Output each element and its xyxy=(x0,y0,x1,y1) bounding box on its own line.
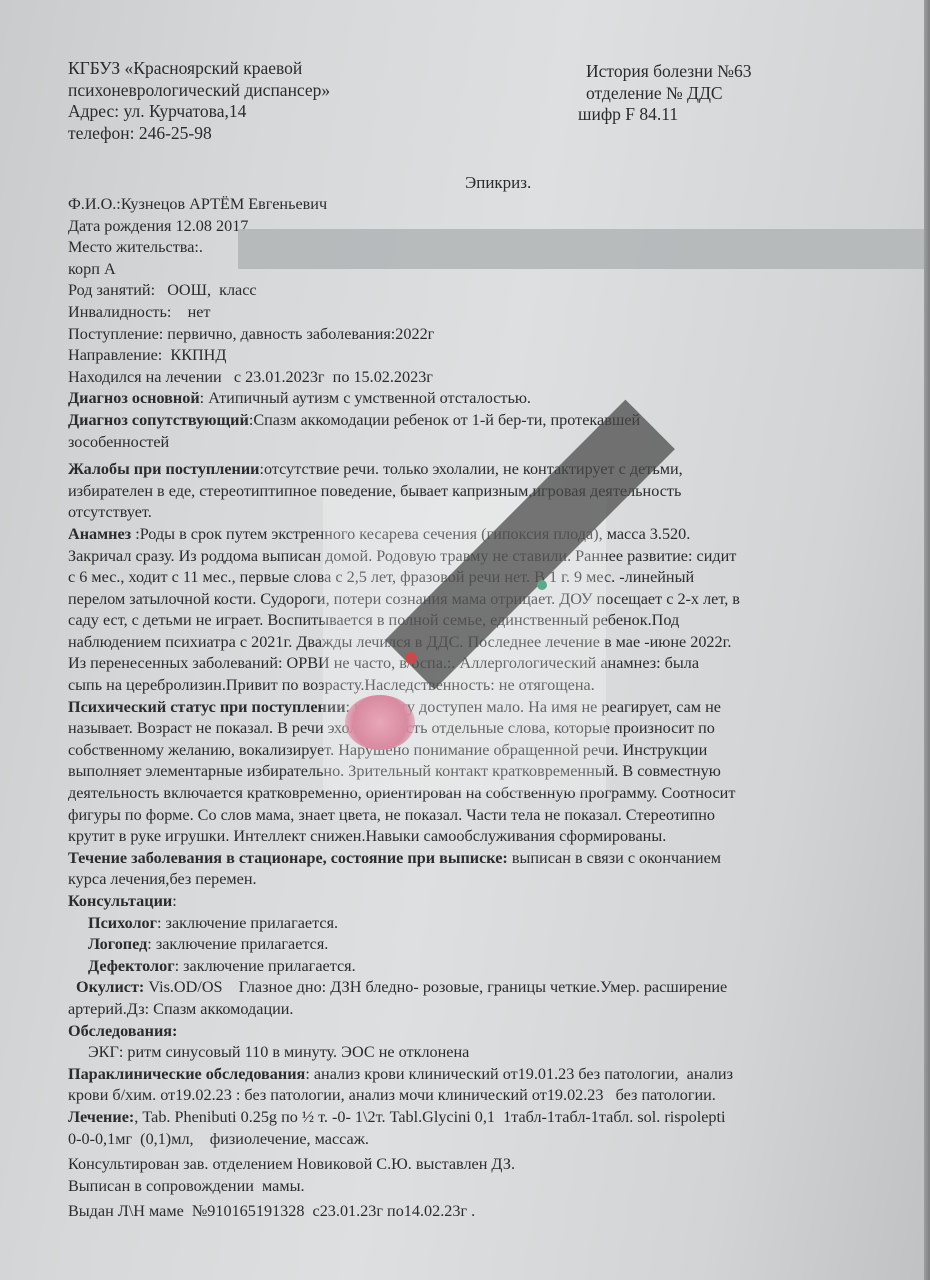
occupation: Род занятий: ООШ, класс xyxy=(68,280,868,302)
treatment-label: Лечение: xyxy=(68,1108,134,1126)
concomitant-diagnosis: Диагноз сопутствующий:Спазм аккомодации … xyxy=(68,410,868,432)
main-diagnosis-text: : Атипичный аутизм с умственной отсталос… xyxy=(200,389,531,407)
case-history-number: История болезни №63 xyxy=(586,61,751,83)
anamnesis-label: Анамнез xyxy=(68,525,131,543)
consultation-role: Дефектолог xyxy=(88,957,175,975)
institution-header: КГБУЗ «Красноярский краевой психоневроло… xyxy=(68,58,330,144)
disease-course: Течение заболевания в стационаре, состоя… xyxy=(68,848,868,870)
watermark-leaf-icon xyxy=(537,580,547,590)
diagnosis-cipher: шифр F 84.11 xyxy=(578,104,751,126)
ecg-result: ЭКГ: ритм синусовый 110 в минуту. ЭОС не… xyxy=(68,1042,868,1064)
discharged-with: Выписан в сопровождении мамы. xyxy=(68,1176,868,1198)
consultation-speech-therapist: Логопед: заключение прилагается. xyxy=(68,934,868,956)
consultation-role: Психолог xyxy=(88,914,157,932)
patient-name: Ф.И.О.:Кузнецов АРТЁМ Евгеньевич xyxy=(68,194,868,216)
case-header: История болезни №63 отделение № ДДС шифр… xyxy=(586,61,751,126)
paraclinical-cont: крови б/хим. от19.02.23 : без патологии,… xyxy=(68,1085,868,1107)
disease-course-cont: курса лечения,без перемен. xyxy=(68,869,868,891)
institution-address: Адрес: ул. Курчатова,14 xyxy=(68,101,330,123)
admission: Поступление: первично, давность заболева… xyxy=(68,324,868,346)
consulted-by-head: Консультирован зав. отделением Новиковой… xyxy=(68,1154,868,1176)
consultation-role: Логопед xyxy=(88,935,147,953)
consultation-psychologist: Психолог: заключение прилагается. xyxy=(68,913,868,935)
main-diagnosis: Диагноз основной: Атипичный аутизм с умс… xyxy=(68,388,868,410)
oculist-text: Vis.OD/OS Глазное дно: ДЗН бледно- розов… xyxy=(144,978,727,996)
document-title: Эпикриз. xyxy=(465,173,531,193)
mental-status-line: крутит в руке игрушки. Интеллект снижен.… xyxy=(68,826,868,848)
main-diagnosis-label: Диагноз основной xyxy=(68,389,200,407)
patient-name-label: Ф.И.О.: xyxy=(68,195,121,213)
watermark-flower-icon xyxy=(345,695,415,750)
disease-course-text: выписан в связи с окончанием xyxy=(508,849,721,867)
consultation-text: : заключение прилагается. xyxy=(147,935,328,953)
colon: : xyxy=(172,892,177,910)
mental-status-line: фигуры по форме. Со слов мама, знает цве… xyxy=(68,805,868,827)
paraclinical: Параклинические обследования: анализ кро… xyxy=(68,1064,868,1086)
institution-name-line-2: психоневрологический диспансер» xyxy=(68,80,330,102)
consultation-defectologist: Дефектолог: заключение прилагается. xyxy=(68,956,868,978)
paraclinical-label: Параклинические обследования xyxy=(68,1065,305,1083)
concomitant-diagnosis-text: :Спазм аккомодации ребенок от 1-й бер-ти… xyxy=(249,411,640,429)
complaints: Жалобы при поступлении:отсутствие речи. … xyxy=(68,459,868,481)
treatment-text: , Tab. Phenibuti 0.25g по ½ т. -0- 1\2т.… xyxy=(134,1108,725,1126)
watermark-hat-icon xyxy=(405,652,417,664)
disability: Инвалидность: нет xyxy=(68,302,868,324)
paraclinical-text: : анализ крови клинический от19.01.23 бе… xyxy=(305,1065,733,1083)
sick-leave: Выдан Л\Н маме №910165191328 с23.01.23г … xyxy=(68,1201,868,1223)
oculist-label: Окулист: xyxy=(76,978,144,996)
treatment-cont: 0-0-0,1мг (0,1)мл, физиолечение, массаж. xyxy=(68,1129,868,1151)
treatment: Лечение:, Tab. Phenibuti 0.25g по ½ т. -… xyxy=(68,1107,868,1129)
redaction-bar xyxy=(238,229,930,269)
consultations-label: Консультации xyxy=(68,892,172,910)
treatment-period: Находился на лечении с 23.01.2023г по 15… xyxy=(68,367,868,389)
referral: Направление: ККПНД xyxy=(68,345,868,367)
disease-course-label: Течение заболевания в стационаре, состоя… xyxy=(68,849,508,867)
consultation-text: : заключение прилагается. xyxy=(175,957,356,975)
concomitant-diagnosis-label: Диагноз сопутствующий xyxy=(68,411,249,429)
department: отделение № ДДС xyxy=(586,83,751,105)
oculist-text-cont: артерий.Дз: Спазм аккомодации. xyxy=(68,999,868,1021)
complaints-label: Жалобы при поступлении xyxy=(68,460,260,478)
institution-phone: телефон: 246-25-98 xyxy=(68,123,330,145)
paper-edge xyxy=(924,0,930,1280)
mental-status-label: Психический статус при поступлении xyxy=(68,698,346,716)
concomitant-diagnosis-cont: зособенностей xyxy=(68,432,868,454)
birth-date-label: Дата рождения xyxy=(68,217,171,235)
consultation-oculist: Окулист: Vis.OD/OS Глазное дно: ДЗН блед… xyxy=(68,977,868,999)
institution-name-line-1: КГБУЗ «Красноярский краевой xyxy=(68,58,330,80)
epicrisis-document: КГБУЗ «Красноярский краевой психоневроло… xyxy=(0,0,930,1280)
consultation-text: : заключение прилагается. xyxy=(157,914,338,932)
examinations-label: Обследования: xyxy=(68,1021,868,1043)
patient-name-value: Кузнецов АРТЁМ Евгеньевич xyxy=(121,195,327,213)
consultations: Консультации: xyxy=(68,891,868,913)
